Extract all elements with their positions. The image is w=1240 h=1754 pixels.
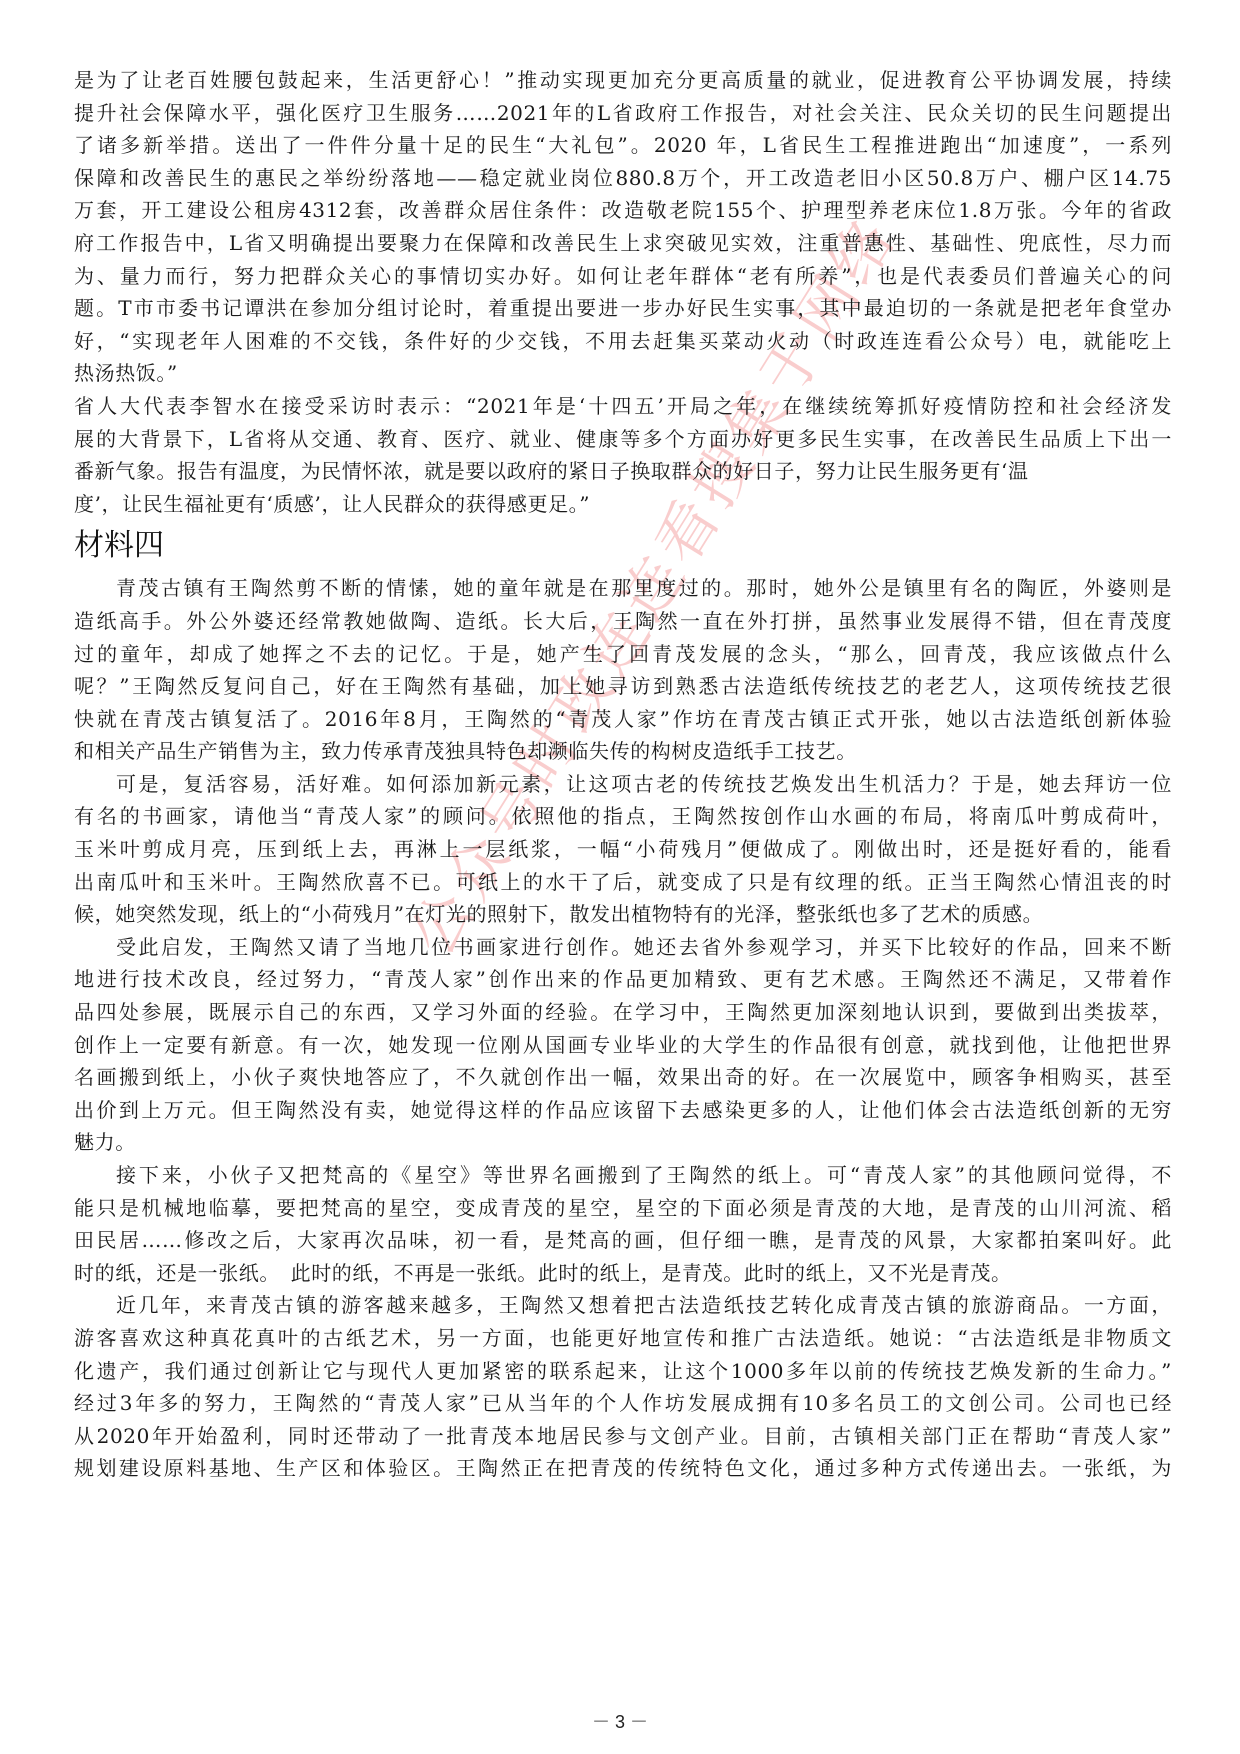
text-line: 出南瓜叶和玉米叶。王陶然欣喜不已。可纸上的水干了后，就变成了只是有纹理的纸。正当… xyxy=(74,866,1172,899)
text-line: 接下来，小伙子又把梵高的《星空》等世界名画搬到了王陶然的纸上。可“青茂人家”的其… xyxy=(74,1159,1172,1192)
text-line: 能只是机械地临摹，要把梵高的星空，变成青茂的星空，星空的下面必须是青茂的大地，是… xyxy=(74,1192,1172,1225)
text-line: 名画搬到纸上，小伙子爽快地答应了，不久就创作出一幅，效果出奇的好。在一次展览中，… xyxy=(74,1061,1172,1094)
text-line: 提升社会保障水平，强化医疗卫生服务……2021年的L省政府工作报告，对社会关注、… xyxy=(74,97,1172,130)
text-line: 题。T市市委书记谭洪在参加分组讨论时，着重提出要进一步办好民生实事，其中最迫切的… xyxy=(74,292,1172,325)
text-line: 是为了让老百姓腰包鼓起来，生活更舒心！”推动实现更加充分更高质量的就业，促进教育… xyxy=(74,64,1172,97)
text-line: 和相关产品生产销售为主，致力传承青茂独具特色却濒临失传的构树皮造纸手工技艺。 xyxy=(74,735,1172,768)
text-line: 品四处参展，既展示自己的东西，又学习外面的经验。在学习中，王陶然更加深刻地认识到… xyxy=(74,996,1172,1029)
text-line: 可是，复活容易，活好难。如何添加新元素，让这项古老的传统技艺焕发出生机活力？于是… xyxy=(74,768,1172,801)
text-line: 受此启发，王陶然又请了当地几位书画家进行创作。她还去省外参观学习，并买下比较好的… xyxy=(74,931,1172,964)
text-line: 经过3年多的努力，王陶然的“青茂人家”已从当年的个人作坊发展成拥有10多名员工的… xyxy=(74,1387,1172,1420)
text-line: 近几年，来青茂古镇的游客越来越多，王陶然又想着把古法造纸技艺转化成青茂古镇的旅游… xyxy=(74,1289,1172,1322)
paragraph-2: 可是，复活容易，活好难。如何添加新元素，让这项古老的传统技艺焕发出生机活力？于是… xyxy=(74,768,1172,931)
text-line: 快就在青茂古镇复活了。2016年8月，王陶然的“青茂人家”作坊在青茂古镇正式开张… xyxy=(74,703,1172,736)
text-line: 青茂古镇有王陶然剪不断的情愫，她的童年就是在那里度过的。那时，她外公是镇里有名的… xyxy=(74,572,1172,605)
text-line: 有名的书画家，请他当“青茂人家”的顾问。依照他的指点，王陶然按创作山水画的布局，… xyxy=(74,800,1172,833)
text-line: 省人大代表李智水在接受采访时表示：“2021年是‘十四五’开局之年，在继续统筹抓… xyxy=(74,390,1172,423)
text-line: 规划建设原料基地、生产区和体验区。王陶然正在把青茂的传统特色文化，通过多种方式传… xyxy=(74,1452,1172,1485)
paragraph-5: 近几年，来青茂古镇的游客越来越多，王陶然又想着把古法造纸技艺转化成青茂古镇的旅游… xyxy=(74,1289,1172,1485)
text-line: 田民居……修改之后，大家再次品味，初一看，是梵高的画，但仔细一瞧，是青茂的风景，… xyxy=(74,1224,1172,1257)
text-line: 番新气象。报告有温度，为民情怀浓，就是要以政府的紧日子换取群众的好日子，努力让民… xyxy=(74,455,1172,488)
text-line: 从2020年开始盈利，同时还带动了一批青茂本地居民参与文创产业。目前，古镇相关部… xyxy=(74,1420,1172,1453)
section-heading: 材料四 xyxy=(74,522,1172,570)
text-line: 保障和改善民生的惠民之举纷纷落地——稳定就业岗位880.8万个，开工改造老旧小区… xyxy=(74,162,1172,195)
page-number: － 3 － xyxy=(0,1708,1240,1734)
paragraph-4: 接下来，小伙子又把梵高的《星空》等世界名画搬到了王陶然的纸上。可“青茂人家”的其… xyxy=(74,1159,1172,1289)
text-line: 好，“实现老年人困难的不交钱，条件好的少交钱，不用去赶集买菜动火动（时政连连看公… xyxy=(74,325,1172,358)
text-line: 出价到上万元。但王陶然没有卖，她觉得这样的作品应该留下去感染更多的人，让他们体会… xyxy=(74,1094,1172,1127)
text-line: 地进行技术改良，经过努力，“青茂人家”创作出来的作品更加精致、更有艺术感。王陶然… xyxy=(74,963,1172,996)
text-line: 过的童年，却成了她挥之不去的记忆。于是，她产生了回青茂发展的念头，“那么，回青茂… xyxy=(74,638,1172,671)
text-line: 造纸高手。外公外婆还经常教她做陶、造纸。长大后，王陶然一直在外打拼，虽然事业发展… xyxy=(74,605,1172,638)
continued-paragraph: 是为了让老百姓腰包鼓起来，生活更舒心！”推动实现更加充分更高质量的就业，促进教育… xyxy=(74,64,1172,390)
text-line: 呢？”王陶然反复问自己，好在王陶然有基础，加上她寻访到熟悉古法造纸传统技艺的老艺… xyxy=(74,670,1172,703)
text-line: 展的大背景下，L省将从交通、教育、医疗、就业、健康等多个方面办好更多民生实事，在… xyxy=(74,423,1172,456)
paragraph-1: 青茂古镇有王陶然剪不断的情愫，她的童年就是在那里度过的。那时，她外公是镇里有名的… xyxy=(74,572,1172,768)
quote-paragraph: 省人大代表李智水在接受采访时表示：“2021年是‘十四五’开局之年，在继续统筹抓… xyxy=(74,390,1172,520)
text-line: 候，她突然发现，纸上的“小荷残月”在灯光的照射下，散发出植物特有的光泽，整张纸也… xyxy=(74,898,1172,931)
text-line: 化遗产，我们通过创新让它与现代人更加紧密的联系起来，让这个1000多年以前的传统… xyxy=(74,1355,1172,1388)
text-line: 府工作报告中，L省又明确提出要聚力在保障和改善民生上求突破见实效，注重普惠性、基… xyxy=(74,227,1172,260)
text-line: 了诸多新举措。送出了一件件分量十足的民生“大礼包”。2020 年，L省民生工程推… xyxy=(74,129,1172,162)
text-line: 游客喜欢这种真花真叶的古纸艺术，另一方面，也能更好地宣传和推广古法造纸。她说：“… xyxy=(74,1322,1172,1355)
paragraph-3: 受此启发，王陶然又请了当地几位书画家进行创作。她还去省外参观学习，并买下比较好的… xyxy=(74,931,1172,1159)
text-line: 时的纸，还是一张纸。 此时的纸，不再是一张纸。此时的纸上，是青茂。此时的纸上，又… xyxy=(74,1257,1172,1290)
text-line: 为、量力而行，努力把群众关心的事情切实办好。如何让老年群体“老有所养”，也是代表… xyxy=(74,260,1172,293)
document-page: 是为了让老百姓腰包鼓起来，生活更舒心！”推动实现更加充分更高质量的就业，促进教育… xyxy=(74,64,1172,1485)
text-line: 创作上一定要有新意。有一次，她发现一位刚从国画专业毕业的大学生的作品很有创意，就… xyxy=(74,1029,1172,1062)
text-line: 魅力。 xyxy=(74,1126,1172,1159)
text-line: 玉米叶剪成月亮，压到纸上去，再淋上一层纸浆，一幅“小荷残月”便做成了。刚做出时，… xyxy=(74,833,1172,866)
text-line: 度’，让民生福祉更有‘质感’，让人民群众的获得感更足。” xyxy=(74,488,1172,521)
text-line: 热汤热饭。” xyxy=(74,357,1172,390)
text-line: 万套，开工建设公租房4312套，改善群众居住条件：改造敬老院155个、护理型养老… xyxy=(74,194,1172,227)
